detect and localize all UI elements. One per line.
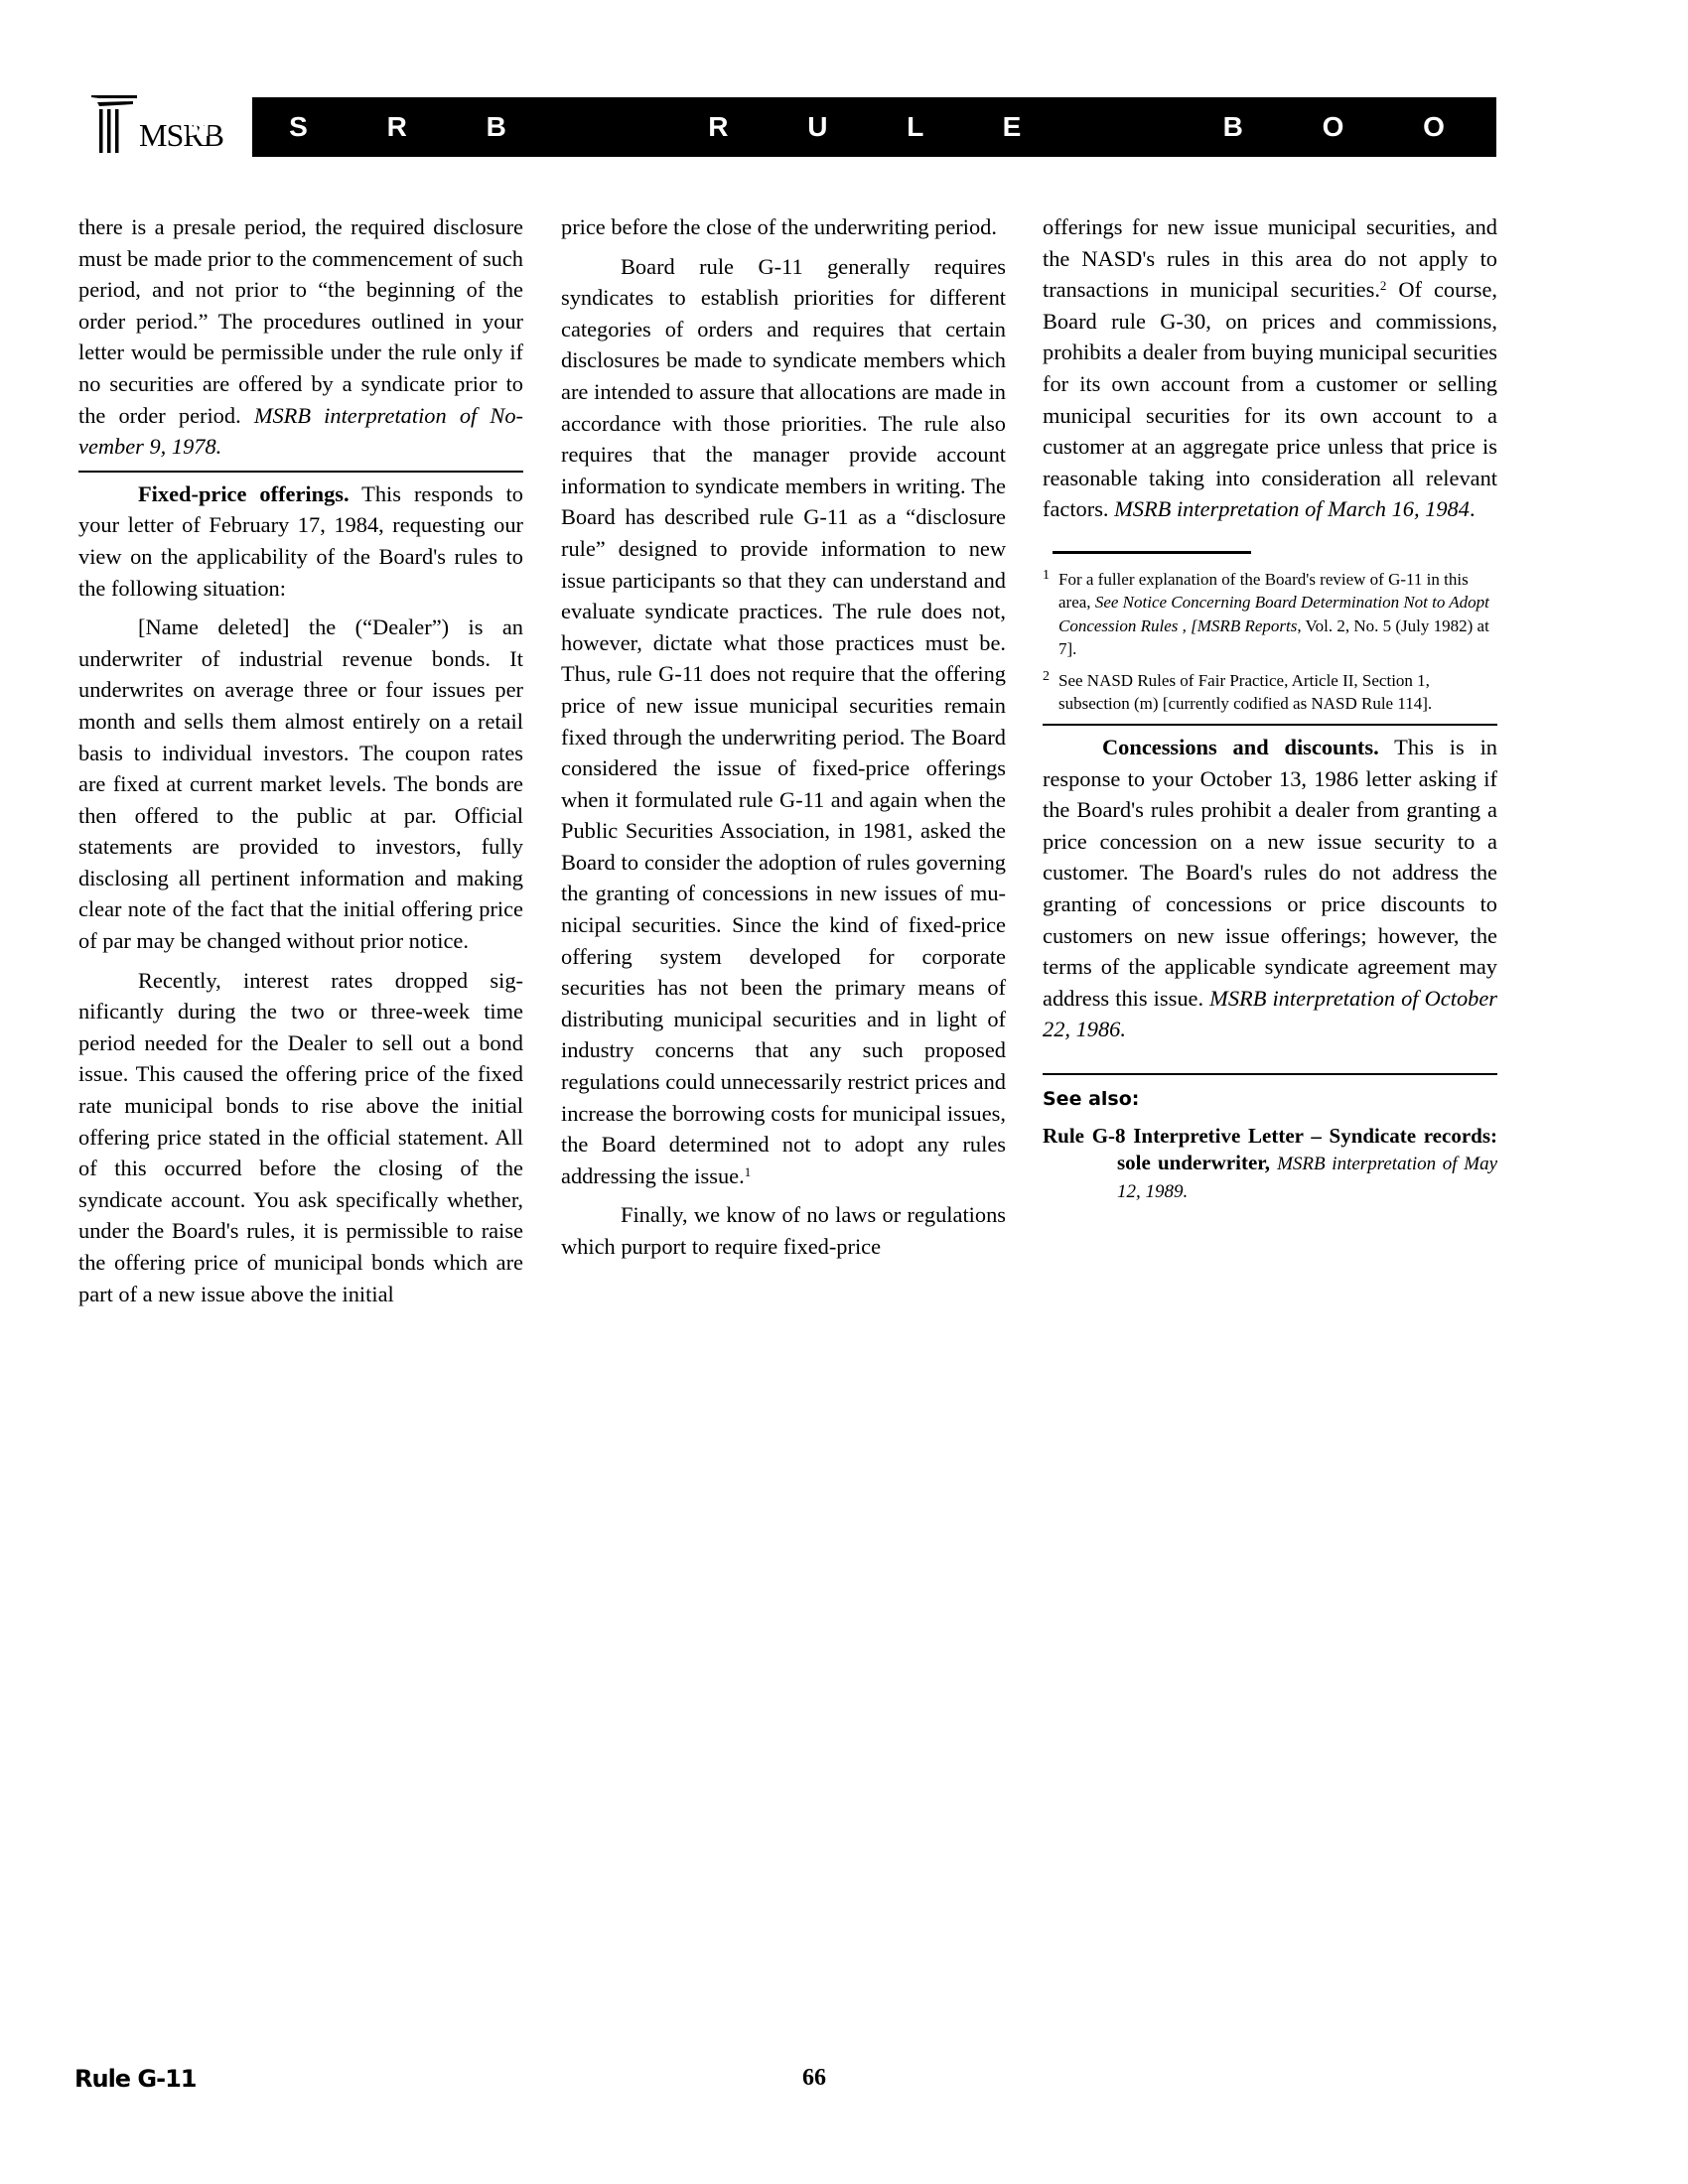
- section-heading: Concessions and discounts.: [1102, 735, 1379, 759]
- paragraph: offerings for new issue municipal securi…: [1043, 211, 1497, 525]
- footnote-2: 2See NASD Rules of Fair Practice, Articl…: [1043, 669, 1497, 716]
- footnote-ref[interactable]: 1: [745, 1164, 752, 1179]
- pillar-icon: [89, 93, 141, 155]
- section-divider: [78, 471, 523, 473]
- page-number: 66: [802, 2065, 826, 2092]
- footnote-1: 1For a fuller explanation of the Board's…: [1043, 568, 1497, 661]
- paragraph: price before the close of the underwriti…: [561, 211, 1006, 243]
- footer-section-label: Rule G-11: [74, 2065, 196, 2093]
- paragraph: [Name deleted] the (“Dealer”) is an unde…: [78, 612, 523, 957]
- footnote-separator: [1053, 551, 1251, 554]
- see-also-label: See also:: [1043, 1085, 1497, 1113]
- section-heading: Fixed-price offerings.: [138, 481, 350, 506]
- column-1: there is a presale period, the required …: [78, 211, 523, 1309]
- see-also-divider: [1043, 1073, 1497, 1075]
- column-3: offerings for new issue municipal securi…: [1043, 211, 1497, 1205]
- paragraph: Board rule G-11 generally requires syndi…: [561, 251, 1006, 1192]
- column-2: price before the close of the underwriti…: [561, 211, 1006, 1263]
- paragraph: Concessions and discounts. This is in re…: [1043, 732, 1497, 1045]
- footnote-ref[interactable]: 2: [1380, 278, 1387, 293]
- paragraph: Fixed-price offerings. This responds to …: [78, 478, 523, 604]
- paragraph: Recently, interest rates dropped sig­nif…: [78, 965, 523, 1310]
- header-banner: M S R B R U L E B O O K: [252, 97, 1496, 157]
- paragraph: Finally, we know of no laws or regu­lati…: [561, 1199, 1006, 1262]
- paragraph: there is a presale period, the required …: [78, 211, 523, 463]
- banner-title: M S R B R U L E B O O K: [187, 111, 1562, 143]
- section-divider: [1043, 724, 1497, 726]
- citation: MSRB interpreta­tion of March 16, 1984: [1114, 496, 1470, 521]
- see-also-item[interactable]: Rule G-8 Interpretive Letter – Syndicate…: [1043, 1123, 1497, 1205]
